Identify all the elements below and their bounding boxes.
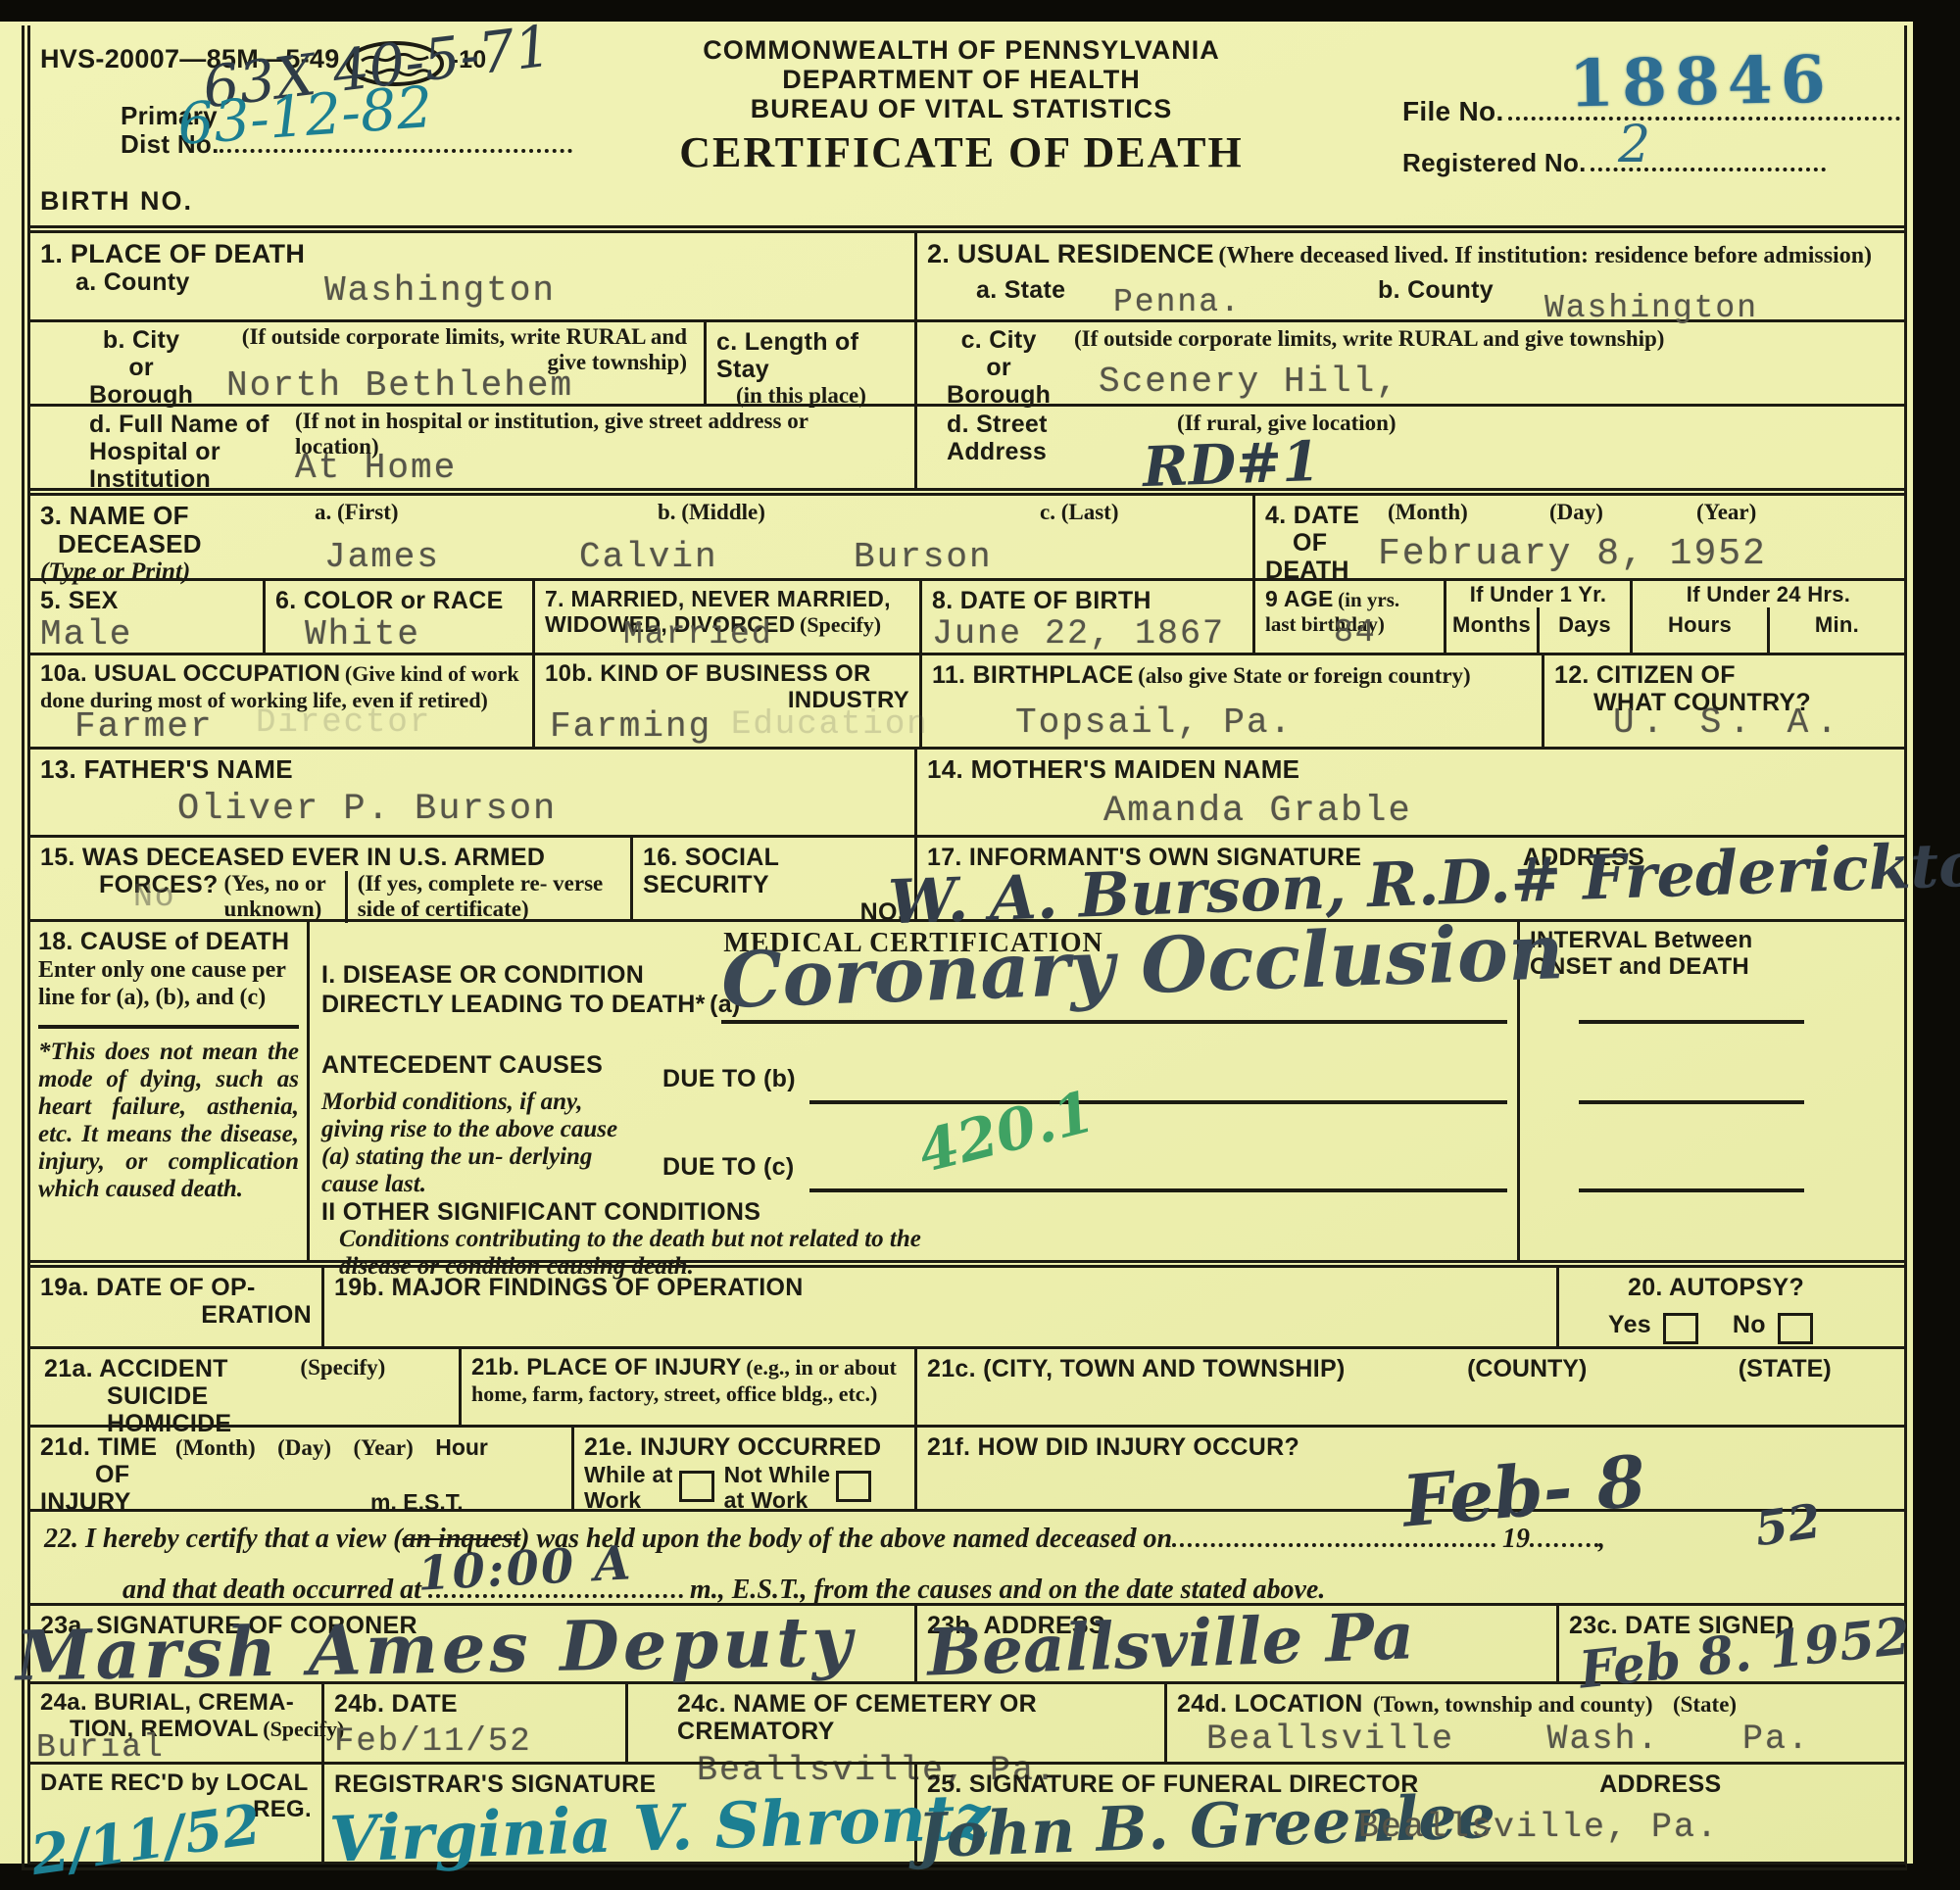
place-city-label-3: Borough: [89, 381, 193, 409]
autopsy-no-label: No: [1733, 1311, 1766, 1338]
date-of-birth-label: 8. DATE OF BIRTH: [932, 587, 1243, 614]
coroner-signature-cell: 23a. SIGNATURE OF CORONER Marsh Ames Dep…: [30, 1606, 917, 1681]
name-of-deceased-cell: 3. NAME OF DECEASED (Type or Print) a. (…: [30, 496, 1255, 578]
certificate-title: CERTIFICATE OF DEATH: [579, 128, 1344, 178]
citizen-value: U. S. A.: [1613, 703, 1845, 743]
time-month-label: (Month): [175, 1435, 256, 1460]
hours-label: Hours: [1633, 607, 1770, 653]
state-value: Penna.: [1113, 284, 1242, 320]
other-conditions-label: II OTHER SIGNIFICANT CONDITIONS: [321, 1198, 760, 1226]
place-city-label-2: or: [89, 354, 193, 381]
birthplace-cell: 11. BIRTHPLACE (also give State or forei…: [922, 655, 1544, 747]
sex-label: 5. SEX: [40, 587, 253, 614]
autopsy-yes-checkbox: [1663, 1313, 1698, 1344]
due-to-c-label: DUE TO (c): [662, 1153, 795, 1181]
funeral-director-address-value: Beallsville, Pa.: [1358, 1808, 1719, 1847]
location-value-county: Wash.: [1547, 1720, 1660, 1759]
last-name-value: Burson: [854, 537, 993, 577]
disease-label-line2: DIRECTLY LEADING TO DEATH* (a): [321, 991, 741, 1018]
father-name-label: 13. FATHER'S NAME: [40, 755, 905, 784]
certificate-paper: HVS-20007—85M—5-49 -10 63X 40-5-71 Prima…: [0, 22, 1913, 1864]
place-of-death-label: 1. PLACE OF DEATH: [40, 239, 905, 268]
middle-name-label: b. (Middle): [658, 500, 765, 525]
due-to-c-block: DUE TO (c): [662, 1153, 795, 1181]
place-of-death-county-cell: 1. PLACE OF DEATH a. County Washington: [30, 233, 917, 319]
usual-residence-cell: 2. USUAL RESIDENCE (Where deceased lived…: [917, 233, 1904, 319]
min-label: Min.: [1770, 607, 1904, 653]
scanned-death-certificate: { "header": { "form_no": "HVS-20007—85M—…: [0, 0, 1960, 1890]
citizen-label-1: 12. CITIZEN OF: [1554, 661, 1894, 689]
month-label: (Month): [1388, 500, 1468, 525]
name-label-3: (Type or Print): [40, 558, 202, 586]
time-of-injury-label-1: 21d. TIME: [40, 1433, 157, 1461]
last-name-label: c. (Last): [1040, 500, 1118, 525]
certify-pen-time: 10:00 A: [416, 1535, 634, 1601]
date-of-birth-cell: 8. DATE OF BIRTH June 22, 1867: [922, 581, 1255, 653]
interval-line-c: [1579, 1188, 1804, 1192]
middle-name-value: Calvin: [579, 537, 718, 577]
armed-forces-label: 15. WAS DECEASED EVER IN U.S. ARMED: [40, 844, 620, 871]
disease-label-1: I. DISEASE OR CONDITION: [321, 961, 644, 989]
race-cell: 6. COLOR or RACE White: [266, 581, 535, 653]
row-place-residence-1: 1. PLACE OF DEATH a. County Washington 2…: [30, 225, 1904, 319]
injury-state-label: (STATE): [1739, 1355, 1832, 1382]
injury-city-cell: 21c. (CITY, TOWN AND TOWNSHIP) (COUNTY) …: [917, 1349, 1904, 1425]
autopsy-yes-label: Yes: [1608, 1311, 1651, 1338]
place-of-injury-label: 21b. PLACE OF INJURY: [471, 1354, 742, 1381]
age-cell: 9 AGE (in yrs. last birthday) 84: [1255, 581, 1446, 653]
hospital-label: d. Full Name of Hospital or Institution: [89, 411, 269, 493]
sex-cell: 5. SEX Male: [30, 581, 266, 653]
place-city-label: b. City or Borough: [89, 326, 193, 409]
while-at-work-label-1: While at: [584, 1463, 673, 1488]
row-registrar-funeral: DATE REC'D by LOCAL REG. 2/11/52 REGISTR…: [30, 1762, 1904, 1862]
registered-no-value: 2: [1618, 116, 1650, 174]
accident-label-1: 21a. ACCIDENT: [44, 1355, 231, 1382]
row-operation-autopsy: 19a. DATE OF OP- ERATION 19b. MAJOR FIND…: [30, 1260, 1904, 1346]
date-of-birth-value: June 22, 1867: [932, 614, 1243, 654]
interval-line-a: [1579, 1020, 1804, 1024]
birthplace-label: 11. BIRTHPLACE: [932, 661, 1134, 689]
birthplace-value: Topsail, Pa.: [1015, 703, 1293, 743]
burial-date-label: 24b. DATE: [334, 1690, 615, 1718]
time-hour-label: Hour: [435, 1434, 488, 1460]
informant-cell: 17. INFORMANT'S OWN SIGNATURE ADDRESS W.…: [917, 838, 1904, 919]
time-of-injury-label-2: OF: [95, 1461, 562, 1488]
under-24hrs-cell: If Under 24 Hrs. Hours Min.: [1633, 581, 1904, 653]
armed-forces-note2: (If yes, complete re- verse side of cert…: [358, 871, 620, 923]
under-1yr-cell: If Under 1 Yr. Months Days: [1446, 581, 1633, 653]
certify-text-2b: m., E.S.T., from the causes and on the d…: [690, 1575, 1325, 1605]
commonwealth-line: COMMONWEALTH OF PENNSYLVANIA: [579, 35, 1344, 65]
citizen-cell: 12. CITIZEN OF WHAT COUNTRY? U. S. A.: [1544, 655, 1904, 747]
cemetery-cell: 24c. NAME OF CEMETERY OR CREMATORY Beall…: [628, 1684, 1167, 1762]
name-label-1: 3. NAME OF: [40, 502, 202, 530]
name-label-block: 3. NAME OF DECEASED (Type or Print): [40, 502, 202, 586]
residence-city-cell: c. City or Borough (If outside corporate…: [917, 322, 1904, 404]
father-name-value: Oliver P. Burson: [177, 789, 557, 830]
occupation-ghost-text: Director: [256, 704, 431, 742]
hospital-label-2: Hospital or: [89, 438, 269, 465]
time-of-injury-cell: 21d. TIME (Month) (Day) (Year) Hour OF I…: [30, 1428, 574, 1509]
date-received-cell: DATE REC'D by LOCAL REG. 2/11/52: [30, 1765, 324, 1862]
date-of-death-label-2: OF: [1293, 529, 1359, 557]
due-to-b-label: DUE TO (b): [662, 1065, 796, 1092]
not-while-at-work-checkbox: [836, 1471, 871, 1502]
location-value-state: Pa.: [1742, 1720, 1810, 1759]
header: HVS-20007—85M—5-49 -10 63X 40-5-71 Prima…: [30, 25, 1904, 180]
row-occupation-birthplace: 10a. USUAL OCCUPATION (Give kind of work…: [30, 653, 1904, 747]
autopsy-label: 20. AUTOPSY?: [1628, 1274, 1894, 1301]
time-year-label: (Year): [353, 1435, 413, 1460]
armed-forces-value: No: [133, 879, 176, 915]
injury-city-label: 21c. (CITY, TOWN AND TOWNSHIP): [927, 1355, 1346, 1382]
interval-cell: INTERVAL Between ONSET and DEATH: [1520, 922, 1904, 1260]
age-label: 9 AGE: [1265, 586, 1334, 611]
certificate-form: HVS-20007—85M—5-49 -10 63X 40-5-71 Prima…: [22, 25, 1907, 1870]
morbid-note: Morbid conditions, if any, giving rise t…: [321, 1089, 650, 1198]
certify-text-2a: and that death occurred at: [122, 1575, 421, 1605]
not-while-at-work-label-1: Not While: [724, 1463, 831, 1488]
street-address-cell: d. Street Address (If rural, give locati…: [917, 407, 1904, 488]
hospital-cell: d. Full Name of Hospital or Institution …: [30, 407, 917, 488]
sex-value: Male: [40, 614, 253, 654]
row-medical-certification: 18. CAUSE of DEATH Enter only one cause …: [30, 919, 1904, 1260]
usual-residence-label: 2. USUAL RESIDENCE: [927, 239, 1214, 268]
industry-value: Farming: [550, 706, 711, 747]
hospital-label-1: d. Full Name of: [89, 411, 269, 438]
date-of-death-label-3: DEATH: [1265, 557, 1359, 584]
residence-city-label-2: or: [947, 354, 1051, 381]
mother-name-value: Amanda Grable: [1103, 791, 1412, 832]
disease-a-value: Coronary Occlusion: [720, 907, 1565, 1026]
cause-of-death-cell: 18. CAUSE of DEATH Enter only one cause …: [30, 922, 310, 1260]
street-address-label-1: d. Street: [947, 411, 1048, 438]
certify-comma: ,: [1598, 1524, 1605, 1554]
year-label: (Year): [1696, 500, 1756, 525]
residence-city-label-3: Borough: [947, 381, 1051, 409]
place-of-injury-cell: 21b. PLACE OF INJURY (e.g., in or about …: [462, 1349, 917, 1425]
location-note2: (State): [1673, 1692, 1737, 1717]
row-accident-placeofinjury: 21a. ACCIDENT SUICIDE HOMICIDE (Specify)…: [30, 1346, 1904, 1425]
operation-label-2: ERATION: [40, 1301, 312, 1329]
burial-date-value: Feb/11/52: [334, 1723, 615, 1761]
cemetery-label: 24c. NAME OF CEMETERY OR CREMATORY: [677, 1690, 1154, 1745]
certify-text-1a: 22. I hereby certify that a view (: [44, 1524, 402, 1554]
industry-label-1: 10b. KIND OF BUSINESS OR: [545, 661, 909, 688]
funeral-director-cell: 25. SIGNATURE OF FUNERAL DIRECTOR ADDRES…: [917, 1765, 1904, 1862]
street-address-value: RD#1: [1142, 429, 1321, 500]
street-address-label: d. Street Address: [947, 411, 1048, 465]
file-no-label: File No.: [1402, 96, 1504, 126]
autopsy-no-checkbox: [1778, 1313, 1813, 1344]
street-address-label-2: Address: [947, 438, 1048, 465]
armed-forces-cell: 15. WAS DECEASED EVER IN U.S. ARMED FORC…: [30, 838, 633, 919]
row-armedforces-ssn-informant: 15. WAS DECEASED EVER IN U.S. ARMED FORC…: [30, 835, 1904, 919]
cemetery-location-cell: 24d. LOCATION (Town, township and county…: [1167, 1684, 1904, 1762]
injury-occurred-label: 21e. INJURY OCCURRED: [584, 1433, 905, 1461]
under-24hrs-label: If Under 24 Hrs.: [1633, 583, 1904, 607]
other-conditions-note: Conditions contributing to the death but…: [339, 1226, 966, 1281]
mother-name-cell: 14. MOTHER'S MAIDEN NAME Amanda Grable: [917, 750, 1904, 835]
header-center: COMMONWEALTH OF PENNSYLVANIA DEPARTMENT …: [579, 35, 1344, 177]
coroner-address-value: Beallsville Pa: [926, 1597, 1415, 1690]
first-name-value: James: [324, 537, 440, 577]
burial-date-cell: 24b. DATE Feb/11/52: [324, 1684, 628, 1762]
coroner-signature-value: Marsh Ames Deputy: [15, 1601, 857, 1697]
due-to-b-line: [809, 1100, 1507, 1104]
row-sex-race-birth-age: 5. SEX Male 6. COLOR or RACE White 7. MA…: [30, 578, 1904, 653]
residence-county-label: b. County: [1378, 276, 1494, 304]
father-name-cell: 13. FATHER'S NAME Oliver P. Burson: [30, 750, 917, 835]
antecedent-label: ANTECEDENT CAUSES: [321, 1051, 603, 1079]
burial-value: Burial: [36, 1729, 165, 1766]
race-label: 6. COLOR or RACE: [275, 587, 522, 614]
birthplace-note: (also give State or foreign country): [1138, 663, 1471, 688]
cause-note-divider: [38, 1025, 299, 1029]
birth-no-cell: BIRTH NO.: [30, 180, 1904, 225]
mother-name-label: 14. MOTHER'S MAIDEN NAME: [927, 755, 1894, 784]
usual-residence-note: (Where deceased lived. If institution: r…: [1218, 243, 1872, 268]
place-city-cell: b. City or Borough (If outside corporate…: [30, 322, 707, 404]
marital-cell: 7. MARRIED, NEVER MARRIED, WIDOWED, DIVO…: [535, 581, 922, 653]
certify-pen-year: 52: [1751, 1494, 1824, 1558]
row-name-dateofdeath: 3. NAME OF DECEASED (Type or Print) a. (…: [30, 488, 1904, 578]
registrar-signature-cell: REGISTRAR'S SIGNATURE Virginia V. Shront…: [324, 1765, 917, 1862]
hospital-label-3: Institution: [89, 465, 269, 493]
location-value-town: Beallsville: [1206, 1720, 1454, 1759]
location-label: 24d. LOCATION: [1177, 1690, 1363, 1718]
injury-occurred-cell: 21e. INJURY OCCURRED While at Work Not W…: [574, 1428, 917, 1509]
burial-type-cell: 24a. BURIAL, CREMA- TION, REMOVAL (Speci…: [30, 1684, 324, 1762]
funeral-director-address-label: ADDRESS: [1599, 1770, 1721, 1798]
state-label: a. State: [976, 276, 1065, 304]
age-value: 84: [1334, 614, 1377, 651]
interval-label-2: ONSET and DEATH: [1530, 954, 1894, 981]
accident-cell: 21a. ACCIDENT SUICIDE HOMICIDE (Specify): [30, 1349, 462, 1425]
date-of-death-cell: 4. DATE OF DEATH (Month) (Day) (Year) Fe…: [1255, 496, 1904, 578]
while-at-work-checkbox: [679, 1471, 714, 1502]
injury-county-label: (COUNTY): [1467, 1355, 1587, 1382]
due-to-c-line: [809, 1188, 1507, 1192]
birth-no-row: BIRTH NO.: [30, 180, 1904, 225]
days-label: Days: [1540, 607, 1630, 653]
accident-label-2: SUICIDE: [107, 1382, 231, 1410]
autopsy-cell: 20. AUTOPSY? Yes No: [1559, 1268, 1904, 1346]
date-of-operation-cell: 19a. DATE OF OP- ERATION: [30, 1268, 324, 1346]
medical-certification-cell: MEDICAL CERTIFICATION I. DISEASE OR COND…: [310, 922, 1520, 1260]
interval-line-b: [1579, 1100, 1804, 1104]
race-value: White: [305, 614, 522, 654]
first-name-label: a. (First): [315, 500, 399, 525]
row-place-residence-3: d. Full Name of Hospital or Institution …: [30, 404, 1904, 488]
row-certify-statement: 22. I hereby certify that a view (an inq…: [30, 1509, 1904, 1603]
day-label: (Day): [1549, 500, 1603, 525]
cause-code-value: 420.1: [911, 1078, 1101, 1186]
length-of-stay-label: c. Length of Stay: [716, 328, 905, 383]
marital-note: (Specify): [800, 612, 881, 637]
length-of-stay-cell: c. Length of Stay (in this place): [707, 322, 917, 404]
ssn-cell: 16. SOCIAL SECURITY NO.: [633, 838, 917, 919]
operation-label-1: 19a. DATE OF OP-: [40, 1274, 312, 1301]
county-value: Washington: [324, 270, 556, 311]
under-1yr-label: If Under 1 Yr.: [1446, 583, 1630, 607]
disease-label-2: DIRECTLY LEADING TO DEATH*: [321, 991, 706, 1018]
birth-no-label: BIRTH NO.: [40, 186, 193, 216]
occupation-cell: 10a. USUAL OCCUPATION (Give kind of work…: [30, 655, 535, 747]
cause-of-death-note1: Enter only one cause per line for (a), (…: [38, 957, 299, 1011]
residence-county-value: Washington: [1544, 290, 1758, 326]
date-of-death-value: February 8, 1952: [1378, 533, 1767, 575]
bureau-line: BUREAU OF VITAL STATISTICS: [579, 94, 1344, 123]
how-injury-label: 21f. HOW DID INJURY OCCUR?: [927, 1433, 1894, 1461]
hospital-value: At Home: [295, 448, 457, 488]
occupation-value: Farmer: [74, 706, 214, 747]
marital-value: Married: [623, 616, 773, 653]
registered-no-label: Registered No.: [1402, 148, 1587, 177]
row-father-mother: 13. FATHER'S NAME Oliver P. Burson 14. M…: [30, 747, 1904, 835]
date-of-death-label-block: 4. DATE OF DEATH: [1265, 502, 1359, 584]
name-label-2: DECEASED: [58, 530, 202, 558]
file-no-stamp: 18846: [1568, 41, 1834, 122]
row-place-residence-2: b. City or Borough (If outside corporate…: [30, 319, 1904, 404]
cause-of-death-note2: *This does not mean the mode of dying, s…: [38, 1039, 299, 1203]
department-line: DEPARTMENT OF HEALTH: [579, 65, 1344, 94]
residence-city-note: (If outside corporate limits, write RURA…: [1074, 326, 1664, 352]
date-received-label-1: DATE REC'D by LOCAL: [40, 1770, 312, 1797]
residence-city-value: Scenery Hill,: [1099, 362, 1399, 402]
residence-city-label-1: c. City: [947, 326, 1051, 354]
certify-cell: 22. I hereby certify that a view (an inq…: [30, 1512, 1904, 1603]
coroner-address-cell: 23b. ADDRESS Beallsville Pa: [917, 1606, 1559, 1681]
armed-forces-note1: (Yes, no or unknown): [224, 871, 348, 923]
residence-city-label: c. City or Borough: [947, 326, 1051, 409]
ssn-label-1: 16. SOCIAL SECURITY: [643, 844, 905, 898]
date-signed-cell: 23c. DATE SIGNED Feb 8. 1952: [1559, 1606, 1904, 1681]
industry-ghost-text: Education: [731, 706, 929, 744]
row-coroner: 23a. SIGNATURE OF CORONER Marsh Ames Dep…: [30, 1603, 1904, 1681]
months-label: Months: [1446, 607, 1540, 653]
registered-no-block: Registered No.: [1402, 149, 1826, 177]
date-of-death-label-1: 4. DATE: [1265, 502, 1359, 529]
time-day-label: (Day): [277, 1435, 331, 1460]
industry-cell: 10b. KIND OF BUSINESS OR INDUSTRY Farmin…: [535, 655, 922, 747]
place-city-label-1: b. City: [89, 326, 193, 354]
interval-label-1: INTERVAL Between: [1530, 928, 1894, 954]
occupation-label: 10a. USUAL OCCUPATION: [40, 660, 340, 687]
place-city-value: North Bethlehem: [226, 365, 573, 406]
cause-of-death-label: 18. CAUSE of DEATH: [38, 928, 299, 955]
